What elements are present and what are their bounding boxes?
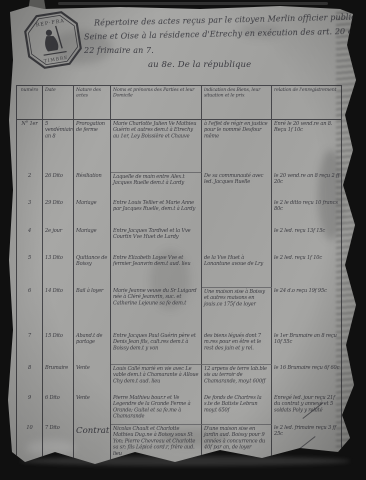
scanned-register-page: REP·FRA TIMBRE Répertoire des actes reçu… — [0, 0, 366, 480]
paper-sheet: REP·FRA TIMBRE Répertoire des actes reçu… — [0, 0, 366, 480]
edge-shading — [0, 0, 366, 480]
binding-edge — [58, 2, 328, 5]
